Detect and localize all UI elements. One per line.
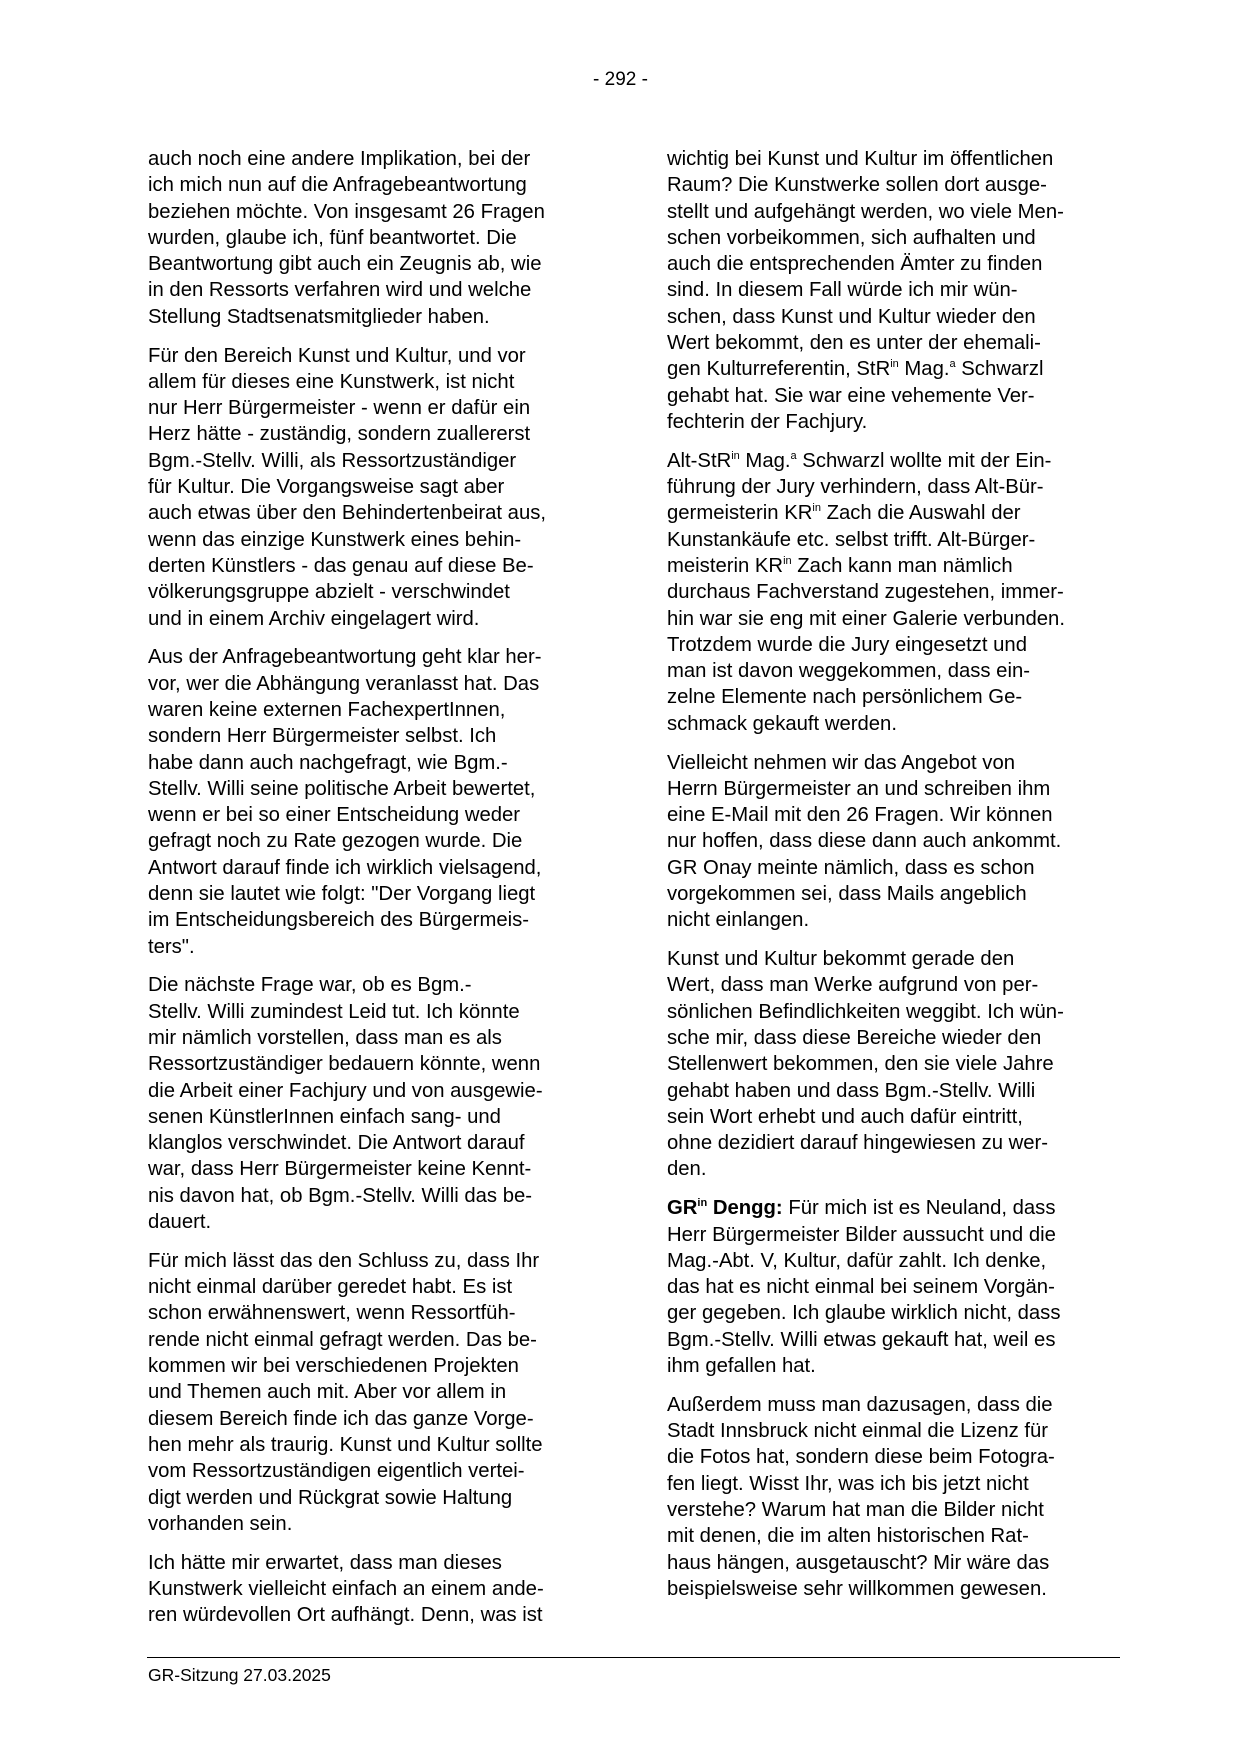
text-segment: germeisterin KR xyxy=(667,502,812,524)
text-line: die Fotos hat, sondern diese beim Fotogr… xyxy=(667,1444,1127,1470)
text-line: vom Ressortzuständigen eigentlich vertei… xyxy=(148,1458,588,1484)
text-line: vorhanden sein. xyxy=(148,1511,588,1537)
text-line: germeisterin KRin Zach die Auswahl der xyxy=(667,500,1127,526)
text-segment: GR xyxy=(667,1197,697,1219)
text-line: Für den Bereich Kunst und Kultur, und vo… xyxy=(148,343,588,369)
text-line: Herr Bürgermeister Bilder aussucht und d… xyxy=(667,1222,1127,1248)
text-line: Beantwortung gibt auch ein Zeugnis ab, w… xyxy=(148,251,588,277)
text-line: wichtig bei Kunst und Kultur im öffentli… xyxy=(667,146,1127,172)
text-line: Antwort darauf finde ich wirklich vielsa… xyxy=(148,855,588,881)
text-line: waren keine externen FachexpertInnen, xyxy=(148,697,588,723)
text-line: haus hängen, ausgetauscht? Mir wäre das xyxy=(667,1550,1127,1576)
superscript: a xyxy=(791,450,797,462)
text-line: stellt und aufgehängt werden, wo viele M… xyxy=(667,199,1127,225)
text-line: für Kultur. Die Vorgangsweise sagt aber xyxy=(148,474,588,500)
superscript: in xyxy=(812,502,821,514)
text-line: wenn er bei so einer Entscheidung weder xyxy=(148,802,588,828)
text-line: Ich hätte mir erwartet, dass man dieses xyxy=(148,1550,588,1576)
text-line: digt werden und Rückgrat sowie Haltung xyxy=(148,1485,588,1511)
footer-session-date: GR-Sitzung 27.03.2025 xyxy=(148,1664,331,1686)
text-line: Ressortzuständiger bedauern könnte, wenn xyxy=(148,1051,588,1077)
footer-divider xyxy=(147,1657,1120,1658)
text-line: Außerdem muss man dazusagen, dass die xyxy=(667,1392,1127,1418)
text-line: allem für dieses eine Kunstwerk, ist nic… xyxy=(148,369,588,395)
text-segment: Zach kann man nämlich xyxy=(792,555,1013,577)
text-line: und in einem Archiv eingelagert wird. xyxy=(148,606,588,632)
text-line: wenn das einzige Kunstwerk eines behin- xyxy=(148,527,588,553)
speaker-name: GRin Dengg: xyxy=(667,1197,783,1219)
text-line: Vielleicht nehmen wir das Angebot von xyxy=(667,750,1127,776)
text-line: Raum? Die Kunstwerke sollen dort ausge- xyxy=(667,172,1127,198)
text-line: Stellung Stadtsenatsmitglieder haben. xyxy=(148,304,588,330)
text-line: im Entscheidungsbereich des Bürgermeis- xyxy=(148,907,588,933)
speaker-paragraph: GRin Dengg: Für mich ist es Neuland, das… xyxy=(667,1195,1127,1379)
paragraph: Für den Bereich Kunst und Kultur, und vo… xyxy=(148,343,588,632)
text-line: vor, wer die Abhängung veranlasst hat. D… xyxy=(148,671,588,697)
paragraph: Aus der Anfragebeantwortung geht klar he… xyxy=(148,644,588,960)
text-line: GR Onay meinte nämlich, dass es schon xyxy=(667,855,1127,881)
text-line: mit denen, die im alten historischen Rat… xyxy=(667,1523,1127,1549)
text-line: Stellv. Willi zumindest Leid tut. Ich kö… xyxy=(148,999,588,1025)
text-line: Kunstankäufe etc. selbst trifft. Alt-Bür… xyxy=(667,527,1127,553)
text-line: Stellv. Willi seine politische Arbeit be… xyxy=(148,776,588,802)
right-column: wichtig bei Kunst und Kultur im öffentli… xyxy=(667,146,1127,1615)
text-line: man ist davon weggekommen, dass ein- xyxy=(667,658,1127,684)
paragraph: Alt-StRin Mag.a Schwarzl wollte mit der … xyxy=(667,448,1127,737)
superscript: a xyxy=(950,358,956,370)
text-line: zelne Elemente nach persönlichem Ge- xyxy=(667,684,1127,710)
text-line: habe dann auch nachgefragt, wie Bgm.- xyxy=(148,750,588,776)
text-line: verstehe? Warum hat man die Bilder nicht xyxy=(667,1497,1127,1523)
text-line: denn sie lautet wie folgt: "Der Vorgang … xyxy=(148,881,588,907)
text-segment: Alt-StR xyxy=(667,450,731,472)
page-number: - 292 - xyxy=(0,68,1241,92)
text-line: Bgm.-Stellv. Willi, als Ressortzuständig… xyxy=(148,448,588,474)
text-line: völkerungsgruppe abzielt - verschwindet xyxy=(148,579,588,605)
text-line: und Themen auch mit. Aber vor allem in xyxy=(148,1379,588,1405)
paragraph: wichtig bei Kunst und Kultur im öffentli… xyxy=(667,146,1127,435)
text-segment: Zach die Auswahl der xyxy=(821,502,1021,524)
text-line: Stadt Innsbruck nicht einmal die Lizenz … xyxy=(667,1418,1127,1444)
paragraph: Außerdem muss man dazusagen, dass die St… xyxy=(667,1392,1127,1602)
text-segment: Schwarzl xyxy=(956,358,1044,380)
text-line: hin war sie eng mit einer Galerie verbun… xyxy=(667,606,1127,632)
text-line: Wert bekommt, den es unter der ehemali- xyxy=(667,330,1127,356)
text-line: schon erwähnenswert, wenn Ressortfüh- xyxy=(148,1300,588,1326)
paragraph: Die nächste Frage war, ob es Bgm.- Stell… xyxy=(148,972,588,1235)
text-line: Kunst und Kultur bekommt gerade den xyxy=(667,946,1127,972)
text-line: nur hoffen, dass diese dann auch ankommt… xyxy=(667,828,1127,854)
text-line: meisterin KRin Zach kann man nämlich xyxy=(667,553,1127,579)
text-line: ihm gefallen hat. xyxy=(667,1353,1127,1379)
text-line: ger gegeben. Ich glaube wirklich nicht, … xyxy=(667,1300,1127,1326)
left-column: auch noch eine andere Implikation, bei d… xyxy=(148,146,588,1641)
text-line: die Arbeit einer Fachjury und von ausgew… xyxy=(148,1078,588,1104)
text-line: eine E-Mail mit den 26 Fragen. Wir könne… xyxy=(667,802,1127,828)
text-line: Herrn Bürgermeister an und schreiben ihm xyxy=(667,776,1127,802)
text-line: Für mich lässt das den Schluss zu, dass … xyxy=(148,1248,588,1274)
text-line: sein Wort erhebt und auch dafür eintritt… xyxy=(667,1104,1127,1130)
text-line: ohne dezidiert darauf hingewiesen zu wer… xyxy=(667,1130,1127,1156)
text-line: Wert, dass man Werke aufgrund von per- xyxy=(667,972,1127,998)
text-line: Trotzdem wurde die Jury eingesetzt und xyxy=(667,632,1127,658)
superscript: in xyxy=(890,358,899,370)
text-line: derten Künstlers - das genau auf diese B… xyxy=(148,553,588,579)
paragraph: Für mich lässt das den Schluss zu, dass … xyxy=(148,1248,588,1537)
superscript: in xyxy=(697,1197,707,1209)
text-line: den. xyxy=(667,1156,1127,1182)
text-line: Stellenwert bekommen, den sie viele Jahr… xyxy=(667,1051,1127,1077)
text-line: durchaus Fachverstand zugestehen, immer- xyxy=(667,579,1127,605)
text-line: sche mir, dass diese Bereiche wieder den xyxy=(667,1025,1127,1051)
text-line: Bgm.-Stellv. Willi etwas gekauft hat, we… xyxy=(667,1327,1127,1353)
text-line: auch etwas über den Behindertenbeirat au… xyxy=(148,500,588,526)
text-line: führung der Jury verhindern, dass Alt-Bü… xyxy=(667,474,1127,500)
text-line: fechterin der Fachjury. xyxy=(667,409,1127,435)
text-line: ren würdevollen Ort aufhängt. Denn, was … xyxy=(148,1602,588,1628)
text-line: war, dass Herr Bürgermeister keine Kennt… xyxy=(148,1156,588,1182)
text-line: auch noch eine andere Implikation, bei d… xyxy=(148,146,588,172)
text-line: senen KünstlerInnen einfach sang- und xyxy=(148,1104,588,1130)
text-line: Kunstwerk vielleicht einfach an einem an… xyxy=(148,1576,588,1602)
text-line: klanglos verschwindet. Die Antwort darau… xyxy=(148,1130,588,1156)
text-line: gen Kulturreferentin, StRin Mag.a Schwar… xyxy=(667,356,1127,382)
text-line: gefragt noch zu Rate gezogen wurde. Die xyxy=(148,828,588,854)
text-line: fen liegt. Wisst Ihr, was ich bis jetzt … xyxy=(667,1471,1127,1497)
text-line: das hat es nicht einmal bei seinem Vorgä… xyxy=(667,1274,1127,1300)
text-line: vorgekommen sei, dass Mails angeblich xyxy=(667,881,1127,907)
text-line: Die nächste Frage war, ob es Bgm.- xyxy=(148,972,588,998)
text-line: nis davon hat, ob Bgm.-Stellv. Willi das… xyxy=(148,1183,588,1209)
text-segment: Für mich ist es Neuland, dass xyxy=(783,1197,1056,1219)
paragraph: Kunst und Kultur bekommt gerade den Wert… xyxy=(667,946,1127,1183)
text-line: diesem Bereich finde ich das ganze Vorge… xyxy=(148,1406,588,1432)
text-line: ters". xyxy=(148,934,588,960)
text-line: nicht einlangen. xyxy=(667,907,1127,933)
text-segment: Mag. xyxy=(740,450,791,472)
paragraph: Ich hätte mir erwartet, dass man dieses … xyxy=(148,1550,588,1629)
text-line: rende nicht einmal gefragt werden. Das b… xyxy=(148,1327,588,1353)
text-line: Aus der Anfragebeantwortung geht klar he… xyxy=(148,644,588,670)
text-line: auch die entsprechenden Ämter zu finden xyxy=(667,251,1127,277)
text-line: sönlichen Befindlichkeiten weggibt. Ich … xyxy=(667,999,1127,1025)
text-line: beziehen möchte. Von insgesamt 26 Fragen xyxy=(148,199,588,225)
text-line: nur Herr Bürgermeister - wenn er dafür e… xyxy=(148,395,588,421)
text-line: sondern Herr Bürgermeister selbst. Ich xyxy=(148,723,588,749)
text-segment: gen Kulturreferentin, StR xyxy=(667,358,890,380)
paragraph: auch noch eine andere Implikation, bei d… xyxy=(148,146,588,330)
text-segment: Schwarzl wollte mit der Ein- xyxy=(797,450,1052,472)
text-line: ich mich nun auf die Anfragebeantwortung xyxy=(148,172,588,198)
text-line: schmack gekauft werden. xyxy=(667,711,1127,737)
text-line: gehabt hat. Sie war eine vehemente Ver- xyxy=(667,383,1127,409)
text-line: hen mehr als traurig. Kunst und Kultur s… xyxy=(148,1432,588,1458)
text-line: Herz hätte - zuständig, sondern zuallere… xyxy=(148,421,588,447)
text-line: mir nämlich vorstellen, dass man es als xyxy=(148,1025,588,1051)
text-line: Mag.-Abt. V, Kultur, dafür zahlt. Ich de… xyxy=(667,1248,1127,1274)
text-line: schen vorbeikommen, sich aufhalten und xyxy=(667,225,1127,251)
text-line: dauert. xyxy=(148,1209,588,1235)
text-segment: Dengg: xyxy=(707,1197,782,1219)
text-line: nicht einmal darüber geredet habt. Es is… xyxy=(148,1274,588,1300)
text-segment: meisterin KR xyxy=(667,555,783,577)
text-line: wurden, glaube ich, fünf beantwortet. Di… xyxy=(148,225,588,251)
superscript: in xyxy=(783,555,792,567)
text-line: GRin Dengg: Für mich ist es Neuland, das… xyxy=(667,1195,1127,1221)
superscript: in xyxy=(731,450,740,462)
text-line: sind. In diesem Fall würde ich mir wün- xyxy=(667,277,1127,303)
paragraph: Vielleicht nehmen wir das Angebot von He… xyxy=(667,750,1127,934)
text-line: Alt-StRin Mag.a Schwarzl wollte mit der … xyxy=(667,448,1127,474)
text-line: in den Ressorts verfahren wird und welch… xyxy=(148,277,588,303)
text-line: kommen wir bei verschiedenen Projekten xyxy=(148,1353,588,1379)
text-line: schen, dass Kunst und Kultur wieder den xyxy=(667,304,1127,330)
text-line: beispielsweise sehr willkommen gewesen. xyxy=(667,1576,1127,1602)
text-segment: Mag. xyxy=(899,358,950,380)
text-line: gehabt haben und dass Bgm.-Stellv. Willi xyxy=(667,1078,1127,1104)
